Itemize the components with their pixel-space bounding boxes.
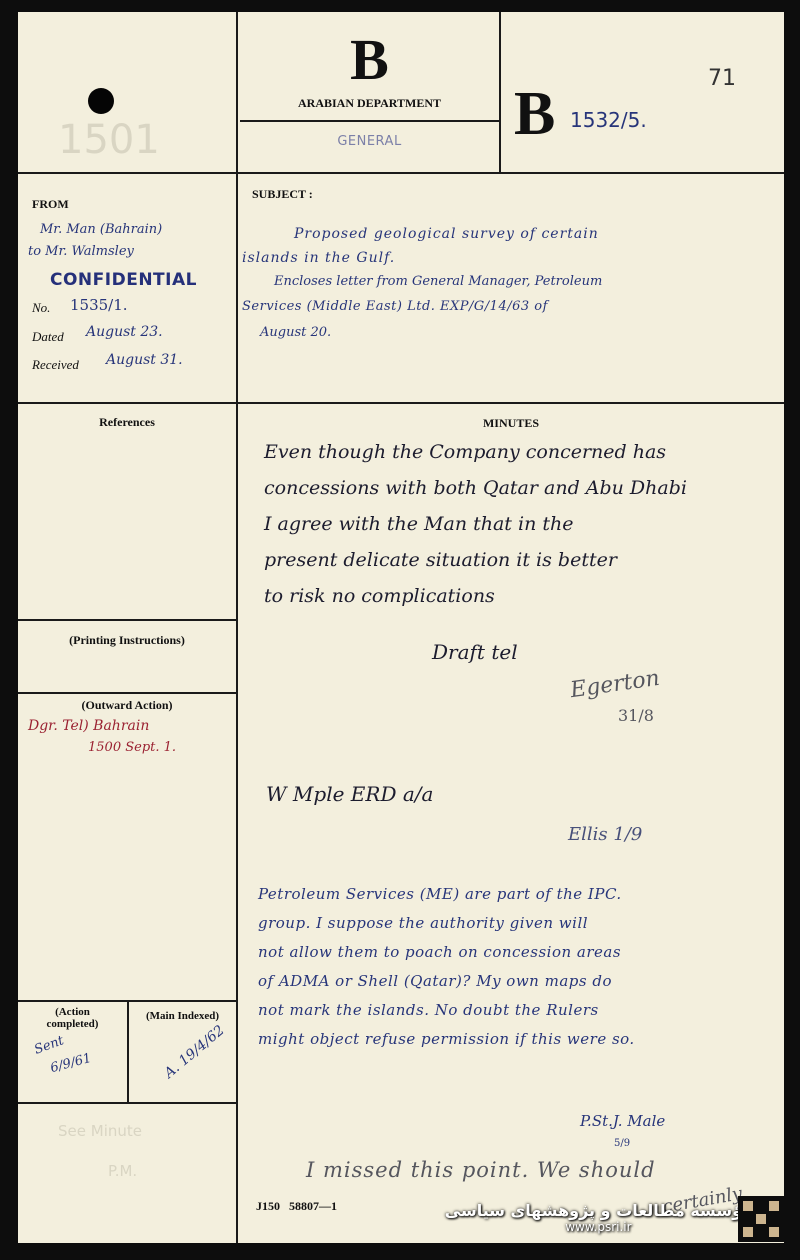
left-column-divider [236,12,238,1243]
action-completed-label-line-2: completed) [18,1018,127,1030]
subject-label: SUBJECT : [252,187,313,202]
no-value: 1535/1. [70,296,128,314]
ghost-note-2: P.M. [108,1162,137,1180]
action-bottom-rule [18,1102,236,1104]
action-completed-value-2: 6/9/61 [49,1051,93,1076]
minute-1-line: Even though the Company concerned has [264,434,687,470]
subject-line-5: August 20. [260,325,331,340]
subject-line-1: Proposed geological survey of certain [294,226,599,242]
minute-3-line: not allow them to poach on concession ar… [258,938,635,967]
minute-3-line: not mark the islands. No doubt the Ruler… [258,996,635,1025]
watermark-institution: مؤسسه مطالعات و پژوهشهای سیاسی [445,1201,752,1220]
minute-3-line: of ADMA or Shell (Qatar)? My own maps do [258,967,635,996]
minute-1-signature: Egerton [569,666,662,703]
dated-value: August 23. [86,324,163,340]
minute-1-line: concessions with both Qatar and Abu Dhab… [264,470,687,506]
watermark-url: www.psri.ir [445,1220,752,1234]
minute-2: W Mple ERD a/a [266,782,433,806]
from-line-2: to Mr. Walmsley [28,244,134,259]
subject-bottom-rule [18,402,784,404]
references-bottom-rule [18,619,236,621]
minute-1: Even though the Company concerned has co… [264,434,687,614]
subject-line-4: Services (Middle East) Ltd. EXP/G/14/63 … [242,299,548,314]
psri-watermark: مؤسسه مطالعات و پژوهشهای سیاسی www.psri.… [445,1201,752,1234]
minute-1-draft-note: Draft tel [432,640,518,664]
action-completed-value-1: Sent [32,1033,66,1057]
minute-3-line: might object refuse permission if this w… [258,1025,635,1054]
dated-label: Dated [32,329,64,345]
department-name: ARABIAN DEPARTMENT [240,96,499,111]
header-bottom-rule [18,172,784,174]
outward-action-line-2: 1500 Sept. 1. [88,740,176,755]
psri-logo-icon [738,1196,784,1242]
from-label: FROM [32,197,69,212]
minute-2-signature: Ellis 1/9 [568,824,642,845]
header-divider [499,12,501,172]
minute-4: I missed this point. We should [306,1158,656,1182]
file-number: 1532/5. [570,108,647,132]
file-letter: B [514,82,555,146]
main-indexed-label: (Main Indexed) [129,1010,236,1022]
minute-3-signature: P.St.J. Male [580,1112,665,1130]
action-completed-label-line-1: (Action [18,1006,127,1018]
minute-1-line: to risk no complications [264,578,687,614]
references-label: References [18,415,236,430]
form-code: J150 58807—1 [256,1199,337,1214]
department-rule [240,120,499,122]
received-value: August 31. [106,352,183,368]
punch-hole [88,88,114,114]
category-stamp: GENERAL [240,134,499,149]
printing-instructions-label: (Printing Instructions) [18,633,236,648]
outward-action-line-1: Dgr. Tel) Bahrain [28,718,149,734]
ghost-number: 1501 [58,117,160,163]
minute-3-line: Petroleum Services (ME) are part of the … [258,880,635,909]
minute-3: Petroleum Services (ME) are part of the … [258,880,635,1054]
minute-3-date: 5/9 [614,1138,630,1149]
main-indexed-value: A. 19/4/62 [161,1022,227,1081]
ghost-note-1: See Minute [58,1122,142,1140]
minutes-label: MINUTES [238,416,784,431]
subject-line-2: islands in the Gulf. [242,250,395,266]
from-line-1: Mr. Man (Bahrain) [40,222,162,237]
outward-action-label: (Outward Action) [18,698,236,713]
printing-bottom-rule [18,692,236,694]
department-letter: B [240,30,499,90]
no-label: No. [32,300,50,316]
minute-sheet: 1501 B ARABIAN DEPARTMENT GENERAL B 1532… [18,12,784,1243]
action-completed-label: (Action completed) [18,1006,127,1030]
subject-line-3: Encloses letter from General Manager, Pe… [274,274,602,289]
received-label: Received [32,357,79,373]
minute-1-date: 31/8 [618,706,654,725]
minute-3-line: group. I suppose the authority given wil… [258,909,635,938]
folio-number: 71 [708,66,736,91]
minute-1-line: I agree with the Man that in the [264,506,687,542]
minute-1-line: present delicate situation it is better [264,542,687,578]
confidential-stamp: CONFIDENTIAL [50,270,197,290]
